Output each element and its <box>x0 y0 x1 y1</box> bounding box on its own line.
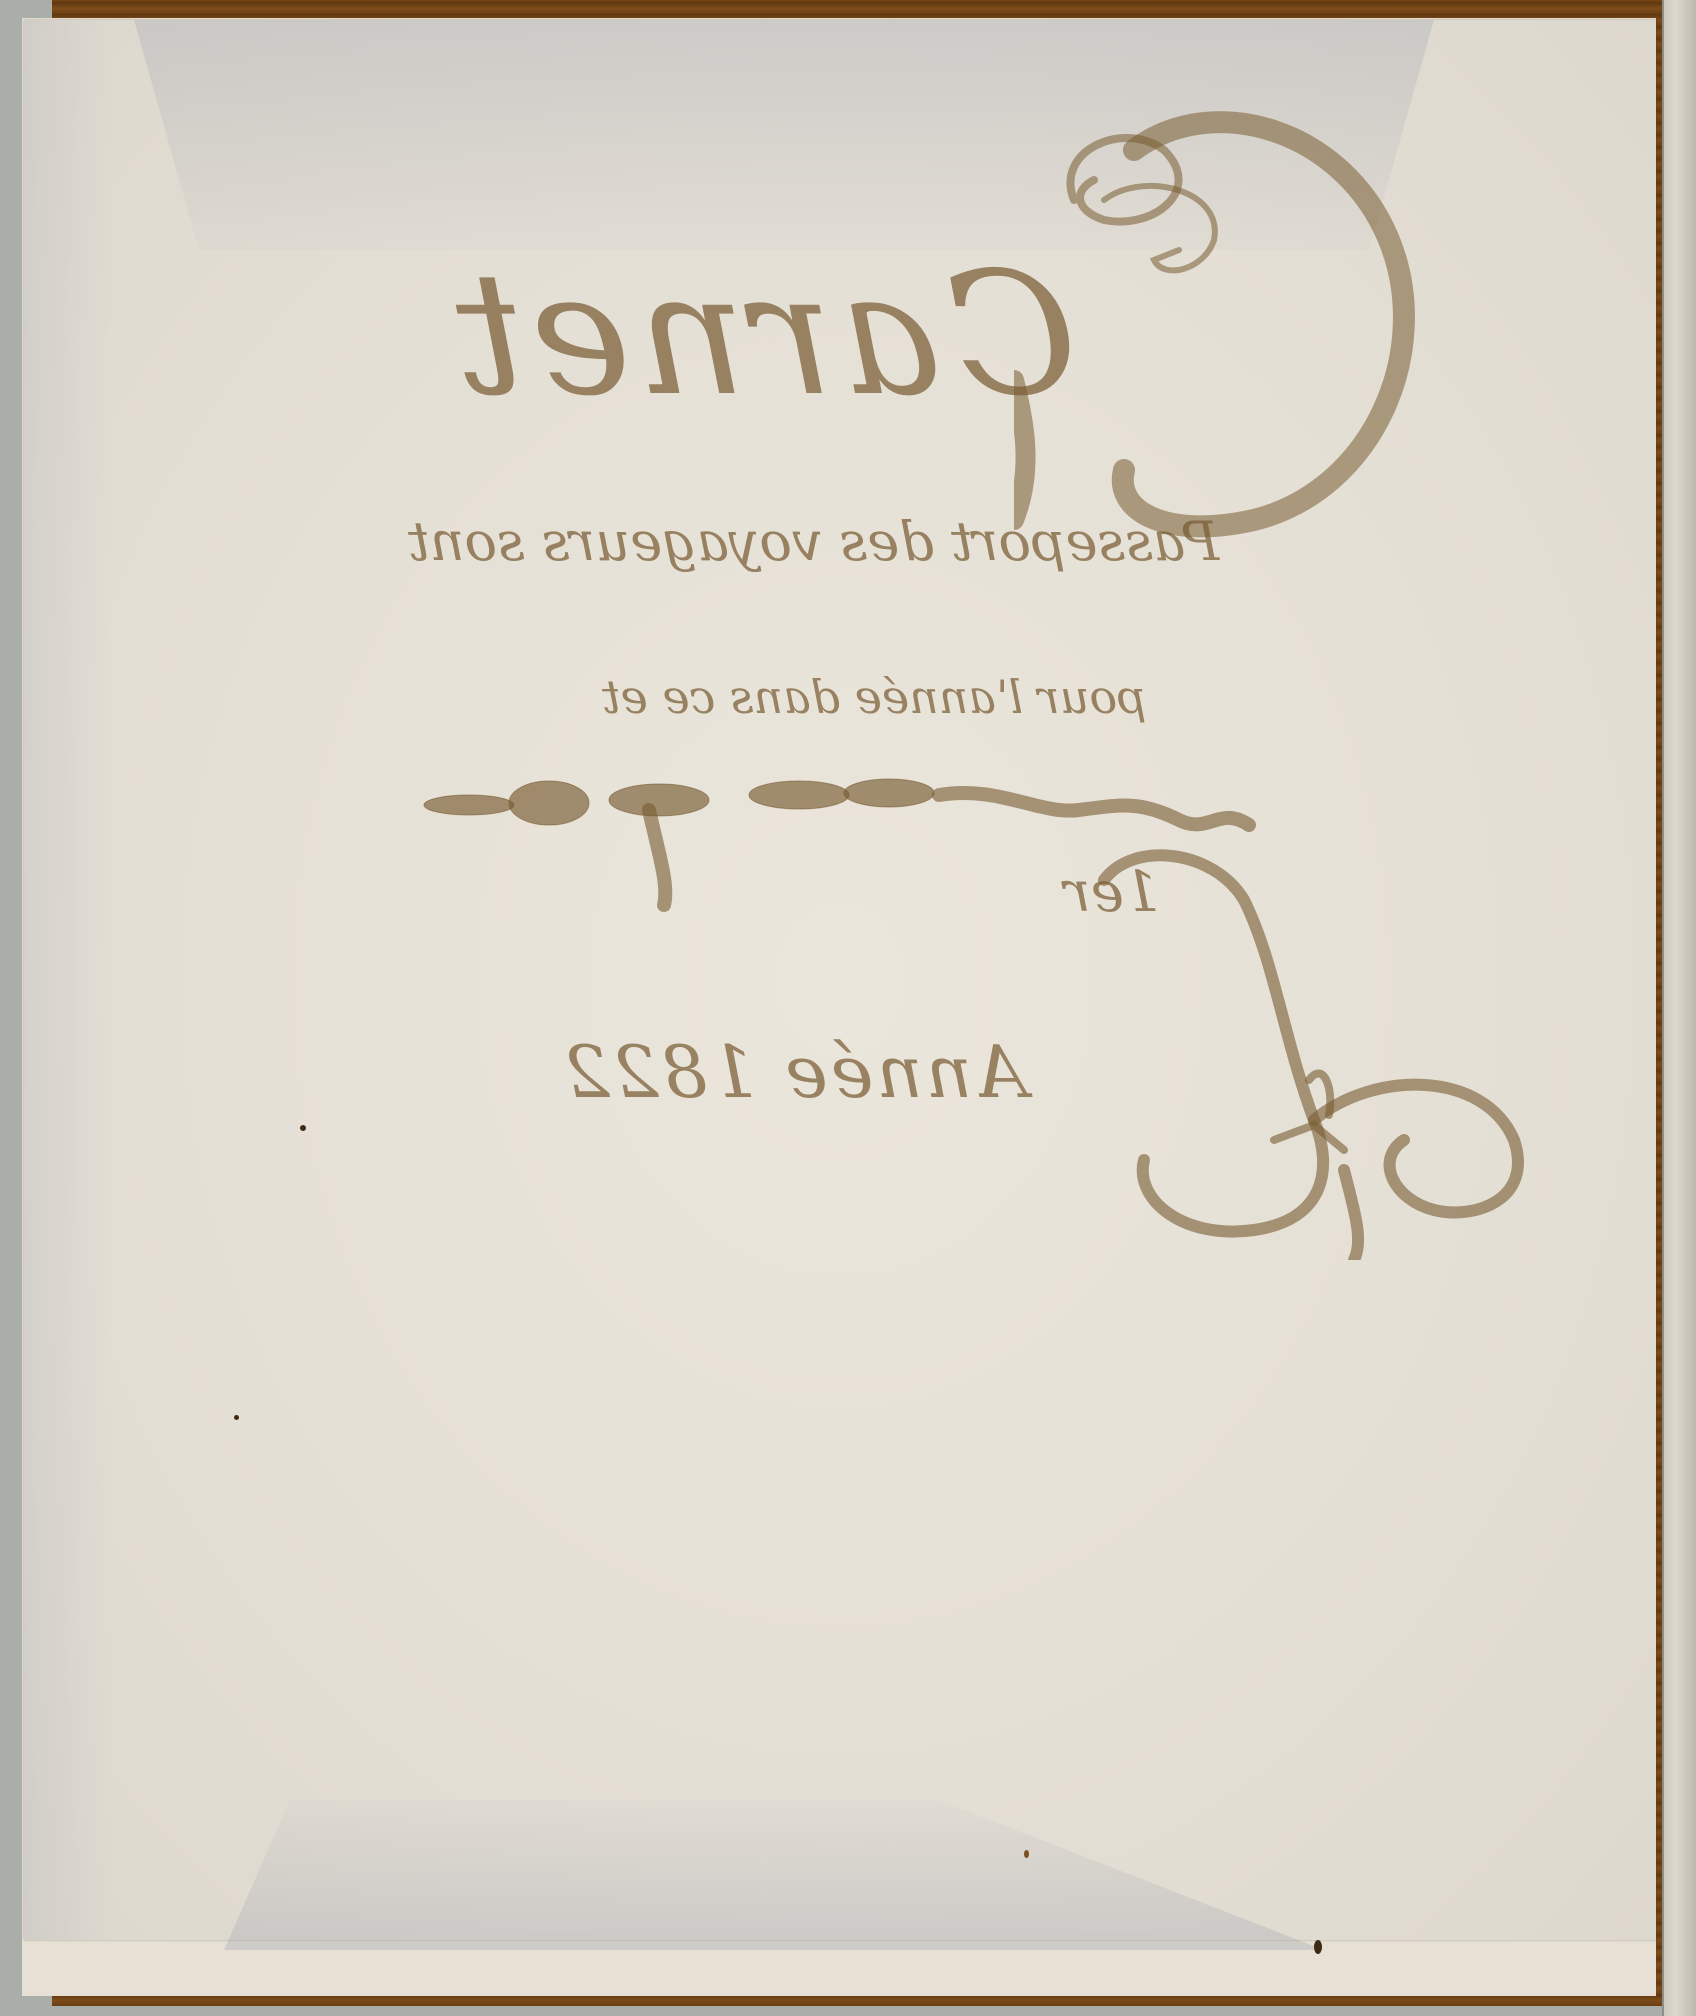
subtitle-line-1: Passeport des voyageurs sont <box>384 510 1244 573</box>
binding-tape <box>1662 0 1694 2016</box>
page-title: Carnet <box>354 250 1174 420</box>
ink-spot <box>1024 1850 1029 1858</box>
date-line: Année 1822 <box>484 1030 1104 1114</box>
spine-edge <box>1662 0 1696 2016</box>
subtitle-line-2: pour l'année dans ce et <box>484 670 1264 724</box>
ink-spot <box>234 1415 239 1420</box>
document-page: Carnet Passeport des voyageurs sont pour… <box>24 20 1656 1940</box>
title-region: Carnet <box>354 250 1174 450</box>
stain-bottom <box>224 1800 1324 1950</box>
ordinal-label: 1er <box>1064 860 1160 925</box>
stain-left <box>24 20 114 1940</box>
ink-spot <box>300 1125 306 1131</box>
ink-spot <box>1314 1940 1322 1954</box>
